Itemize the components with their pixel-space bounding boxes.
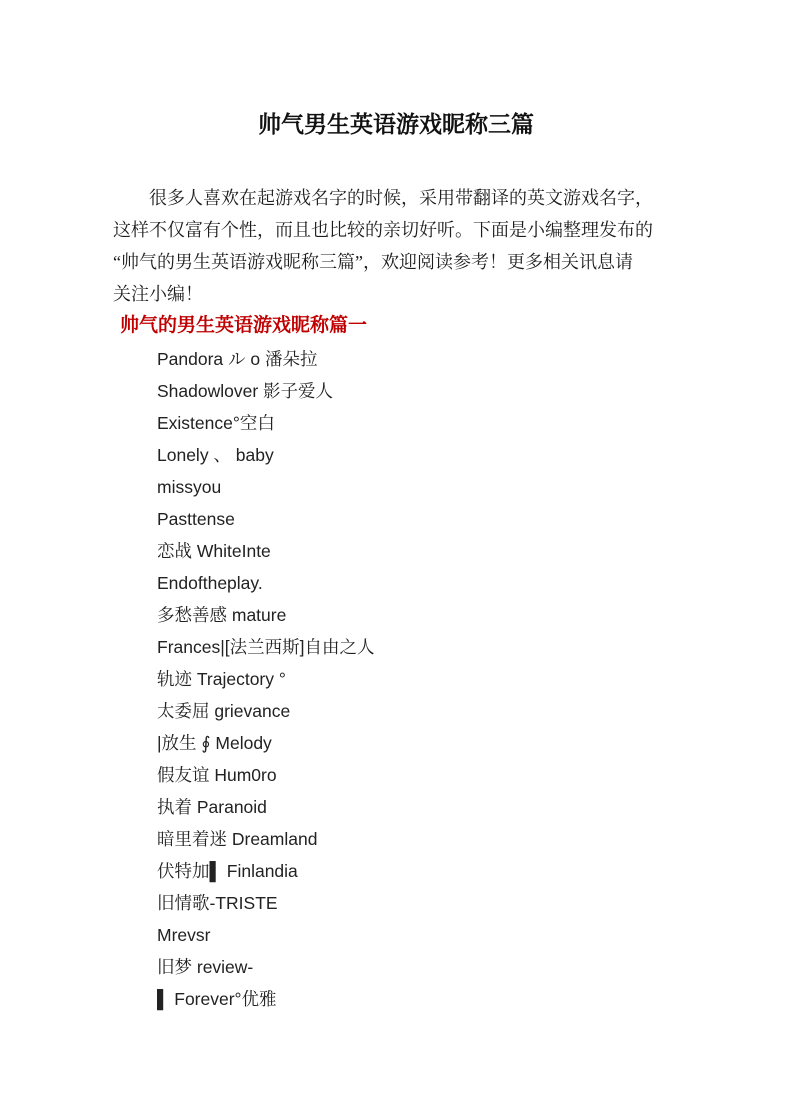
list-item: Endoftheplay. <box>157 567 677 599</box>
list-item: 暗里着迷 Dreamland <box>157 823 677 855</box>
list-item: missyou <box>157 471 677 503</box>
page-title: 帅气男生英语游戏昵称三篇 <box>0 110 792 138</box>
list-item: 轨迹 Trajectory ° <box>157 663 677 695</box>
list-item: 旧梦 review- <box>157 951 677 983</box>
intro-line: 很多人喜欢在起游戏名字的时候，采用带翻译的英文游戏名字， <box>113 182 679 214</box>
list-item: 执着 Paranoid <box>157 791 677 823</box>
list-item: Shadowlover 影子爱人 <box>157 375 677 407</box>
list-item: |放生 ∮ Melody <box>157 727 677 759</box>
list-item: 恋战 WhiteInte <box>157 535 677 567</box>
list-item: ▌ Forever°优雅 <box>157 983 677 1015</box>
list-item: Pasttense <box>157 503 677 535</box>
intro-paragraph: 很多人喜欢在起游戏名字的时候，采用带翻译的英文游戏名字， 这样不仅富有个性，而且… <box>113 182 679 310</box>
section-heading: 帅气的男生英语游戏昵称篇一 <box>120 310 367 342</box>
list-item: Existence°空白 <box>157 407 677 439</box>
list-item: Lonely 、 baby <box>157 439 677 471</box>
document-page: 帅气男生英语游戏昵称三篇 很多人喜欢在起游戏名字的时候，采用带翻译的英文游戏名字… <box>0 0 792 1120</box>
intro-line: 这样不仅富有个性，而且也比较的亲切好听。下面是小编整理发布的 <box>113 214 679 246</box>
list-item: Mrevsr <box>157 919 677 951</box>
list-item: Pandora ル o 潘朵拉 <box>157 343 677 375</box>
nickname-list: Pandora ル o 潘朵拉Shadowlover 影子爱人Existence… <box>157 343 677 1015</box>
list-item: 假友谊 Hum0ro <box>157 759 677 791</box>
intro-line: 关注小编！ <box>113 278 679 310</box>
list-item: 多愁善感 mature <box>157 599 677 631</box>
list-item: Frances|[法兰西斯]自由之人 <box>157 631 677 663</box>
list-item: 旧情歌-TRISTE <box>157 887 677 919</box>
intro-line: “帅气的男生英语游戏昵称三篇”，欢迎阅读参考！更多相关讯息请 <box>113 246 679 278</box>
list-item: 太委屈 grievance <box>157 695 677 727</box>
list-item: 伏特加▌ Finlandia <box>157 855 677 887</box>
